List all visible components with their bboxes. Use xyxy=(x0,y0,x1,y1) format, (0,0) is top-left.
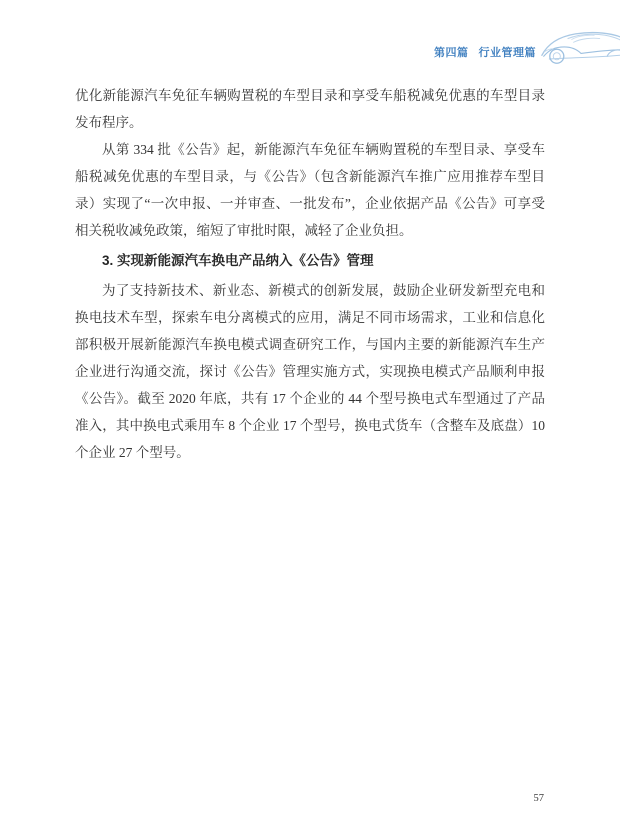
page-content: 优化新能源汽车免征车辆购置税的车型目录和享受车船税减免优惠的车型目录发布程序。 … xyxy=(75,82,545,466)
document-page: 第四篇行业管理篇 优化新能源汽车免征车辆购置税的车型目录和享受车船税减免优惠的车… xyxy=(0,0,620,836)
section-heading: 3. 实现新能源汽车换电产品纳入《公告》管理 xyxy=(75,247,545,274)
car-sketch-icon xyxy=(540,27,620,65)
page-number: 57 xyxy=(534,793,545,804)
section-label: 第四篇 xyxy=(434,47,469,59)
running-head: 第四篇行业管理篇 xyxy=(434,44,536,60)
section-title: 行业管理篇 xyxy=(479,47,537,59)
paragraph-continuation: 优化新能源汽车免征车辆购置税的车型目录和享受车船税减免优惠的车型目录发布程序。 xyxy=(75,82,545,136)
paragraph: 为了支持新技术、新业态、新模式的创新发展，鼓励企业研发新型充电和换电技术车型，探… xyxy=(75,277,545,466)
paragraph: 从第 334 批《公告》起，新能源汽车免征车辆购置税的车型目录、享受车船税减免优… xyxy=(75,136,545,244)
